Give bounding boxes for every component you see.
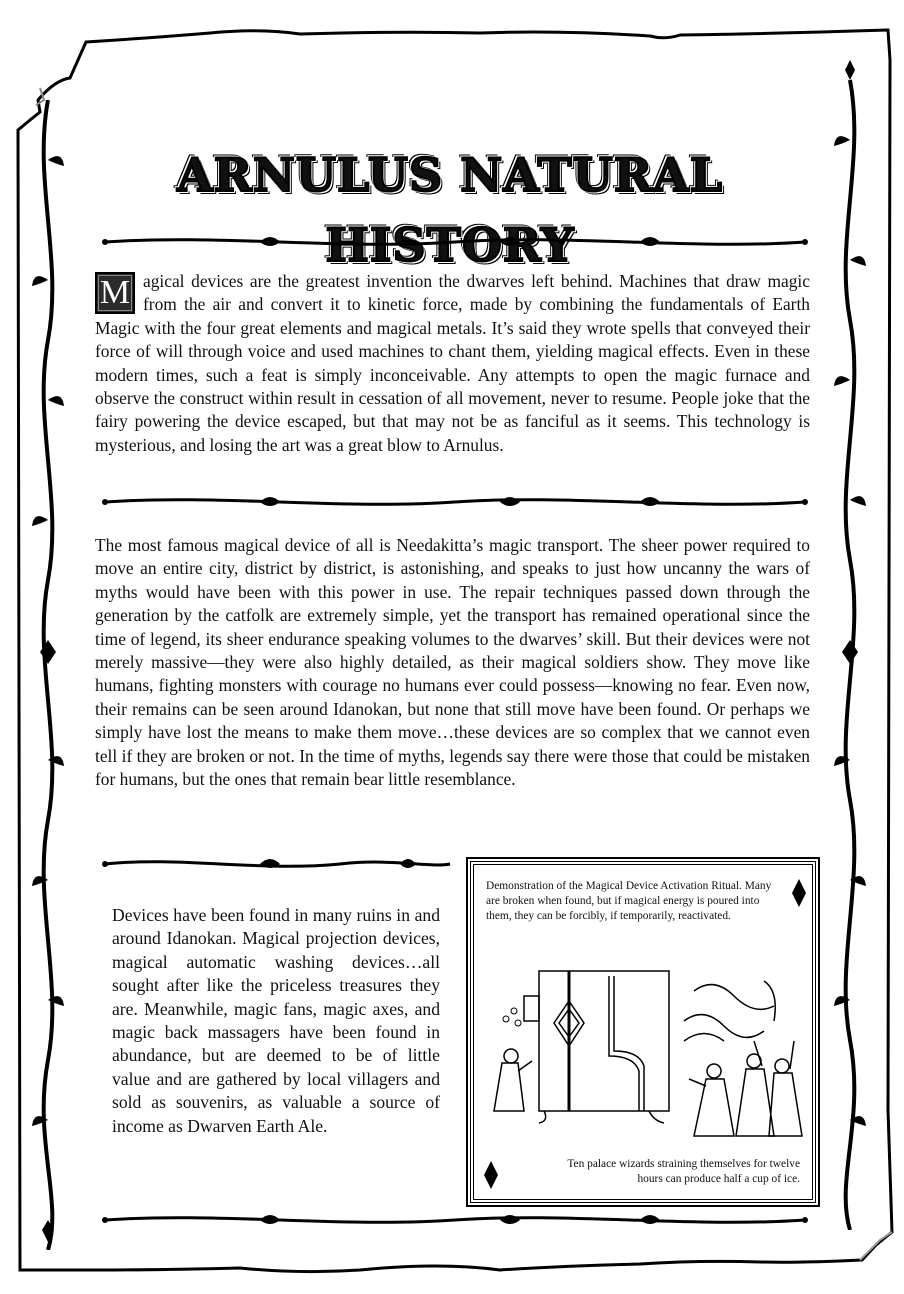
paragraph-transport: The most famous magical device of all is… <box>95 534 810 791</box>
figure-caption-bottom: Ten palace wizards straining themselves … <box>550 1157 800 1187</box>
page-title: ARNULUS NATURAL HISTORY <box>100 140 800 210</box>
paragraph-intro-text: agical devices are the greatest inventio… <box>95 271 810 455</box>
flourish-divider <box>100 490 810 514</box>
flourish-divider <box>100 1208 810 1232</box>
illustration-figure: Demonstration of the Magical Device Acti… <box>470 861 816 1203</box>
diamond-icon <box>484 1161 498 1189</box>
activation-ritual-illustration <box>484 961 804 1151</box>
drop-cap: M <box>95 272 135 314</box>
paragraph-intro: M agical devices are the greatest invent… <box>95 270 810 457</box>
flourish-divider <box>100 230 810 254</box>
paragraph-devices-found: Devices have been found in many ruins in… <box>112 904 440 1138</box>
diamond-icon <box>792 879 806 907</box>
flourish-divider-short <box>100 852 455 876</box>
left-vine-ornament <box>28 100 68 1250</box>
right-vine-ornament <box>830 60 870 1230</box>
figure-caption-top: Demonstration of the Magical Device Acti… <box>486 879 786 924</box>
